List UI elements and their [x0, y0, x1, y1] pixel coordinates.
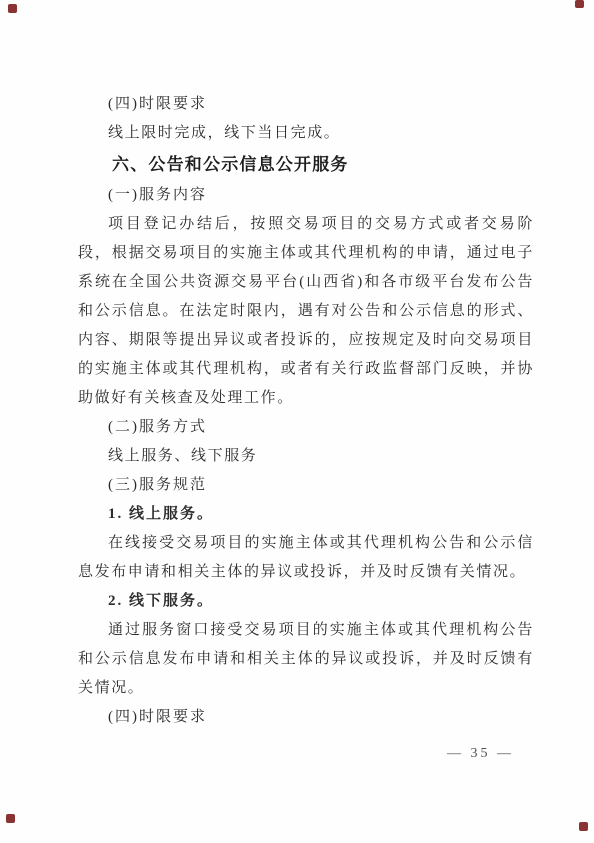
paragraph-numbered: 2. 线下服务。 [78, 587, 534, 616]
scan-corner-mark-top-left [8, 4, 17, 13]
paragraph-subheading: (一)服务内容 [78, 181, 534, 210]
scan-corner-mark-bottom-left [6, 814, 15, 823]
page-body-text: (四)时限要求线上限时完成，线下当日完成。六、公告和公示信息公开服务(一)服务内… [78, 90, 534, 732]
paragraph-body: 在线接受交易项目的实施主体或其代理机构公告和公示信息发布申请和相关主体的异议或投… [78, 529, 534, 587]
paragraph-subheading: (三)服务规范 [78, 471, 534, 500]
paragraph-subheading: (二)服务方式 [78, 413, 534, 442]
paragraph-body: 项目登记办结后，按照交易项目的交易方式或者交易阶段，根据交易项目的实施主体或其代… [78, 210, 534, 413]
paragraph-subheading: (四)时限要求 [78, 90, 534, 119]
paragraph-body: 线上限时完成，线下当日完成。 [78, 119, 534, 148]
page-number: — 35 — [447, 746, 514, 762]
scan-corner-mark-top-right [575, 0, 584, 8]
paragraph-chapter: 六、公告和公示信息公开服务 [78, 148, 534, 181]
paragraph-subheading: (四)时限要求 [78, 703, 534, 732]
paragraph-numbered: 1. 线上服务。 [78, 500, 534, 529]
paragraph-body: 线上服务、线下服务 [78, 442, 534, 471]
document-page: (四)时限要求线上限时完成，线下当日完成。六、公告和公示信息公开服务(一)服务内… [0, 0, 594, 843]
scan-corner-mark-bottom-right [579, 822, 588, 831]
paragraph-body: 通过服务窗口接受交易项目的实施主体或其代理机构公告和公示信息发布申请和相关主体的… [78, 616, 534, 703]
